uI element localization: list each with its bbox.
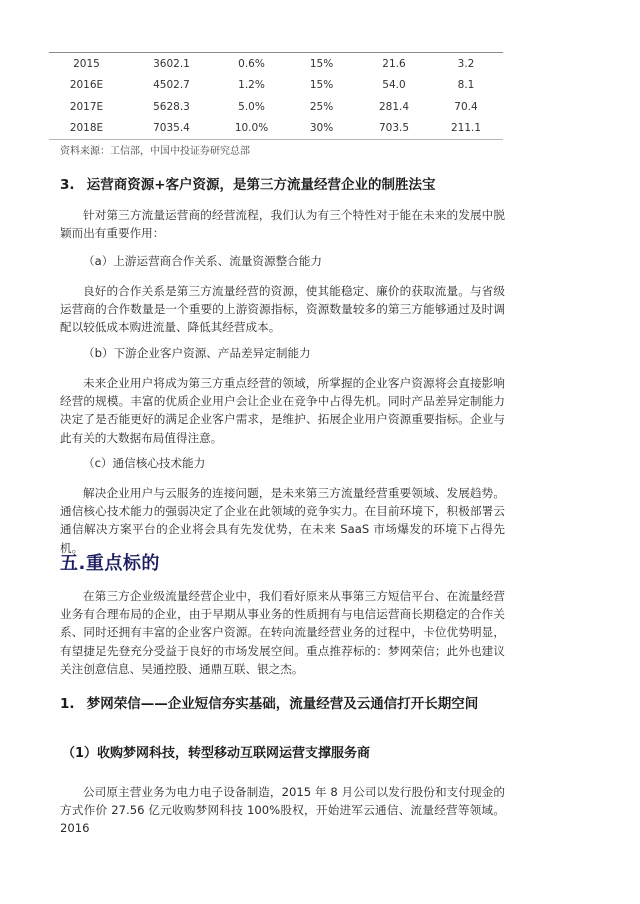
section-3-heading: 3. 运营商资源+客户资源，是第三方流量经营企业的制胜法宝 xyxy=(60,173,436,193)
table-cell: 15% xyxy=(284,53,359,75)
table-cell: 5.0% xyxy=(219,96,284,118)
table-cell: 15% xyxy=(284,75,359,97)
section-title: 运营商资源+客户资源，是第三方流量经营企业的制胜法宝 xyxy=(87,177,436,193)
table-cell: 70.4 xyxy=(429,96,503,118)
document-page: 2015 3602.1 0.6% 15% 21.6 3.2 2016E 4502… xyxy=(0,0,640,904)
item-a-label: （a）上游运营商合作关系、流量资源整合能力 xyxy=(83,253,322,269)
table-cell: 25% xyxy=(284,96,359,118)
subsection-text: 公司原主营业务为电力电子设备制造，2015 年 8 月公司以发行股份和支付现金的… xyxy=(60,783,505,838)
table-cell: 2017E xyxy=(49,96,124,118)
section-number: 1. xyxy=(60,696,82,712)
table-cell: 7035.4 xyxy=(124,118,219,140)
table-cell: 211.1 xyxy=(429,118,503,140)
item-a-text: 良好的合作关系是第三方流量经营的资源，使其能稳定、廉价的获取流量。与省级运营商的… xyxy=(60,282,505,337)
table-cell: 21.6 xyxy=(359,53,429,75)
table-source-note: 资料来源：工信部，中国中投证券研究总部 xyxy=(60,142,250,157)
section-5-intro: 在第三方企业级流量经营企业中，我们看好原来从事第三方短信平台、在流量经营业务有合… xyxy=(60,587,505,678)
table-cell: 54.0 xyxy=(359,75,429,97)
section-5-heading: 五.重点标的 xyxy=(60,549,160,575)
item-b-label: （b）下游企业客户资源、产品差异定制能力 xyxy=(83,345,311,361)
section-3-intro: 针对第三方流量运营商的经营流程，我们认为有三个特性对于能在未来的发展中脱颖而出有… xyxy=(60,206,505,242)
item-c-text: 解决企业用户与云服务的连接问题，是未来第三方流量经营重要领域、发展趋势。通信核心… xyxy=(60,484,505,557)
table-row: 2015 3602.1 0.6% 15% 21.6 3.2 xyxy=(49,53,503,75)
item-b-text: 未来企业用户将成为第三方重点经营的领域，所掌握的企业客户资源将会直接影响经营的规… xyxy=(60,374,505,447)
table-cell: 2018E xyxy=(49,118,124,140)
table-cell: 1.2% xyxy=(219,75,284,97)
section-number: 3. xyxy=(60,177,82,193)
table-cell: 3.2 xyxy=(429,53,503,75)
table-cell: 2015 xyxy=(49,53,124,75)
table-cell: 281.4 xyxy=(359,96,429,118)
table-cell: 2016E xyxy=(49,75,124,97)
table-cell: 4502.7 xyxy=(124,75,219,97)
item-c-label: （c）通信核心技术能力 xyxy=(83,455,205,471)
forecast-table: 2015 3602.1 0.6% 15% 21.6 3.2 2016E 4502… xyxy=(49,52,503,140)
table-cell: 30% xyxy=(284,118,359,140)
table-cell: 10.0% xyxy=(219,118,284,140)
table-row: 2018E 7035.4 10.0% 30% 703.5 211.1 xyxy=(49,118,503,140)
table-cell: 5628.3 xyxy=(124,96,219,118)
company-heading: 1. 梦网荣信——企业短信夯实基础，流量经营及云通信打开长期空间 xyxy=(60,692,478,712)
table-row: 2017E 5628.3 5.0% 25% 281.4 70.4 xyxy=(49,96,503,118)
table-cell: 0.6% xyxy=(219,53,284,75)
subsection-heading: （1）收购梦网科技，转型移动互联网运营支撑服务商 xyxy=(62,742,370,761)
table-row: 2016E 4502.7 1.2% 15% 54.0 8.1 xyxy=(49,75,503,97)
table-cell: 3602.1 xyxy=(124,53,219,75)
table-cell: 703.5 xyxy=(359,118,429,140)
company-title: 梦网荣信——企业短信夯实基础，流量经营及云通信打开长期空间 xyxy=(87,696,479,712)
table-cell: 8.1 xyxy=(429,75,503,97)
